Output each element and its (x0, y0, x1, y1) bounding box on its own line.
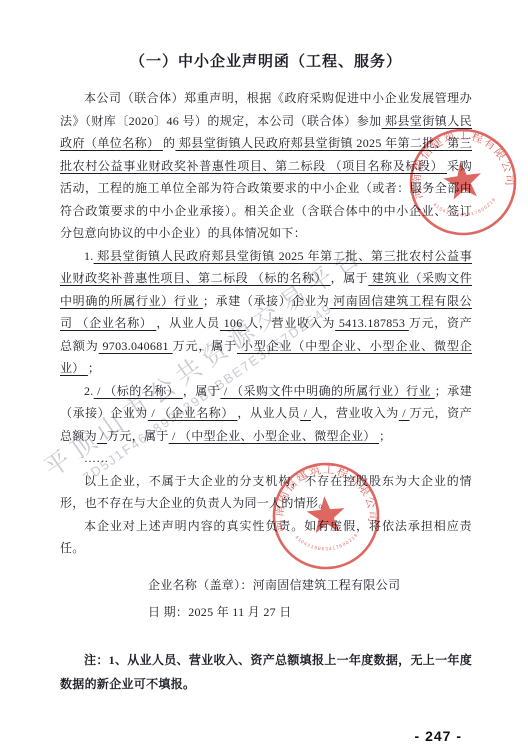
filled-in-value: / （采购文件中明确的所属行业）行业 (220, 384, 434, 398)
text-segment: 本企业对上述声明内容的真实性负责。如有虚假，将依法承担相应责任。 (60, 519, 472, 556)
footnote: 注：1、从业人员、营业收入、资产总额填报上一年度数据，无上一年度数据的新企业可不… (60, 648, 472, 696)
filled-in-value: / (300, 406, 311, 420)
page-title: （一）中小企业声明函（工程、服务） (60, 50, 472, 71)
text-segment: ；承建（承接）企业为 (203, 294, 330, 308)
filled-in-value: 9703.040681 (99, 339, 173, 353)
text-segment: …… (84, 451, 109, 465)
declaration-body: 本公司（联合体）郑重声明，根据《政府采购促进中小企业发展管理办法》（财库〔202… (60, 87, 472, 560)
text-segment: 万元，属于 (173, 339, 237, 353)
filled-in-value: 106 (220, 316, 246, 330)
document-content: （一）中小企业声明函（工程、服务） 本公司（联合体）郑重声明，根据《政府采购促进… (60, 50, 472, 708)
text-segment: 人，营业收入为 (246, 316, 335, 330)
paragraph-no-big-enterprise: 以上企业，不属于大企业的分支机构，不存在控股股东为大企业的情形，也不存在与大企业… (60, 470, 472, 515)
signature-block: 企业名称（盖章）：河南固信建筑工程有限公司 日 期：2025 年 11 月 27… (60, 572, 472, 626)
page-number: - 247 - (415, 728, 462, 744)
signature-date-line: 日 期：2025 年 11 月 27 日 (148, 599, 472, 626)
paragraph-item-2: 2. / （标的名称） ，属于 / （采购文件中明确的所属行业）行业 ；承建（承… (60, 380, 472, 448)
text-segment: 1. (84, 249, 94, 263)
filled-in-value: / （标的名称） (94, 384, 183, 398)
filled-in-value: 5413.187853 (335, 316, 409, 330)
signature-company-line: 企业名称（盖章）：河南固信建筑工程有限公司 (148, 572, 472, 599)
paragraph-truth-statement: 本企业对上述声明内容的真实性负责。如有虚假，将依法承担相应责任。 (60, 515, 472, 560)
text-segment: 的 (163, 136, 175, 150)
text-segment: ； (379, 429, 391, 443)
filled-in-value: / （企业名称） (148, 406, 238, 420)
text-segment: 万元，属于 (107, 429, 169, 443)
paragraph-item-1: 1. 郏县堂街镇人民政府郏县堂街镇 2025 年第二批、第三批农村公益事业财政奖… (60, 245, 472, 380)
text-segment: ，从业人员 (156, 316, 220, 330)
text-segment: 2. (84, 384, 94, 398)
filled-in-value: / （中型企业、小型企业、微型企业） (169, 429, 379, 443)
paragraph-ellipsis: …… (60, 447, 472, 470)
text-segment: ，从业人员 (237, 406, 300, 420)
text-segment: ，属于 (183, 384, 221, 398)
text-segment: ，属于 (331, 271, 369, 285)
filled-in-value: / (399, 406, 410, 420)
text-segment: 人，营业收入为 (311, 406, 399, 420)
text-segment: ； (88, 361, 100, 375)
document-page: 平顶山市公共资源交易平台 7D5J1F468899439B0BBE7E3A57D… (0, 0, 528, 756)
filled-in-value: / (97, 429, 107, 443)
paragraph-intro: 本公司（联合体）郑重声明，根据《政府采购促进中小企业发展管理办法》（财库〔202… (60, 87, 472, 245)
text-segment: 以上企业，不属于大企业的分支机构，不存在控股股东为大企业的情形，也不存在与大企业… (60, 474, 472, 511)
